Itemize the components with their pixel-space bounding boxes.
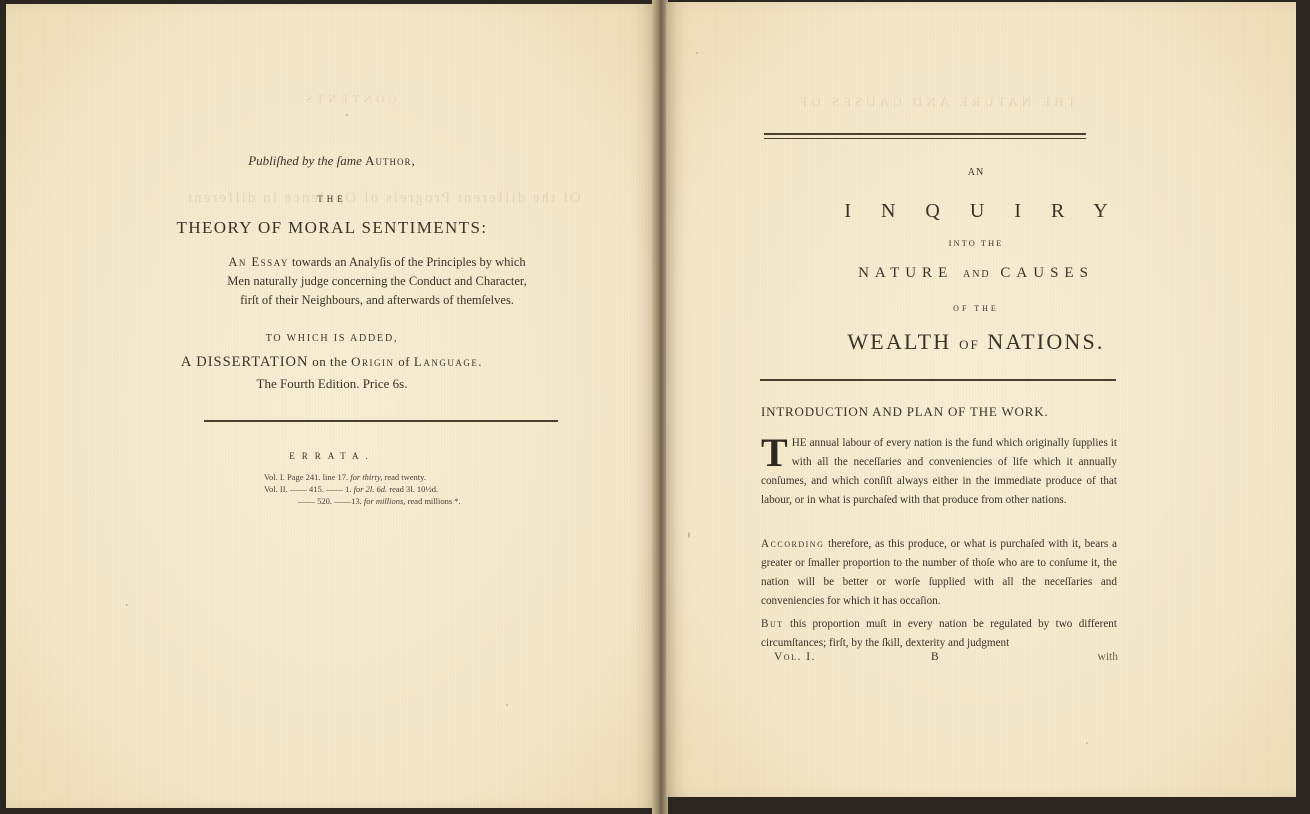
title-wealth-of-nations: WEALTH OF NATIONS. [656,329,1296,355]
drop-cap: T [761,436,788,470]
added-heading: TO WHICH IS ADDED, [6,333,658,344]
left-page: CONTENTS Of the different Progreſs of Op… [6,4,658,808]
title-an: AN [656,167,1296,178]
essay-description: An Essay towards an Analyſis of the Prin… [192,253,562,310]
bleed-through-header: THE NATURE AND CAUSES OF [796,94,1075,110]
essay-line: An Essay towards an Analyſis of the Prin… [192,253,562,272]
signature-mark: B [931,651,939,663]
errata-row: Vol. II. —— 415. —— 1. for 2l. 6d. read … [264,483,461,495]
paragraph-2: According therefore, as this produce, or… [761,535,1117,611]
published-by-text: Publiſhed by the ſame [248,153,362,168]
title-article: THE [6,194,658,204]
volume-label: Vol. I. [774,651,816,663]
errata-list: Vol. I. Page 241. line 17. for thirty, r… [264,471,461,507]
errata-heading: ERRATA. [6,451,658,461]
dissertation-line: A DISSERTATION on the Origin of Language… [6,354,658,371]
paragraph-1: THE annual labour of every nation is the… [761,434,1117,510]
edition-price: The Fourth Edition. Price 6s. [6,376,658,392]
paragraph-3: But this proportion muſt in every nation… [761,615,1117,653]
introduction-heading: INTRODUCTION AND PLAN OF THE WORK. [761,404,1048,420]
published-author: Author, [365,153,416,168]
bleed-through-header: CONTENTS [302,92,397,107]
right-page: THE NATURE AND CAUSES OF AN INQUIRY INTO… [666,2,1296,797]
title-inquiry: INQUIRY [656,200,1296,223]
essay-line: firſt of their Neighbours, and afterward… [192,291,562,310]
errata-row: —— 520. ——13. for millions, read million… [264,495,461,507]
double-rule-top [764,133,1086,135]
book-title: THEORY OF MORAL SENTIMENTS: [6,218,658,238]
title-into-the: INTO THE [656,238,1296,248]
published-by-line: Publiſhed by the ſame Author, [6,153,658,169]
divider-rule [204,420,558,422]
catchword: with [1098,651,1118,663]
title-of-the: OF THE [656,304,1296,313]
essay-line: Men naturally judge concerning the Condu… [192,272,562,291]
title-nature-and-causes: NATURE AND CAUSES [656,265,1296,282]
double-rule-bottom [764,138,1086,139]
divider-rule [760,379,1116,381]
errata-row: Vol. I. Page 241. line 17. for thirty, r… [264,471,461,483]
book-spread: CONTENTS Of the different Progreſs of Op… [0,0,1310,814]
